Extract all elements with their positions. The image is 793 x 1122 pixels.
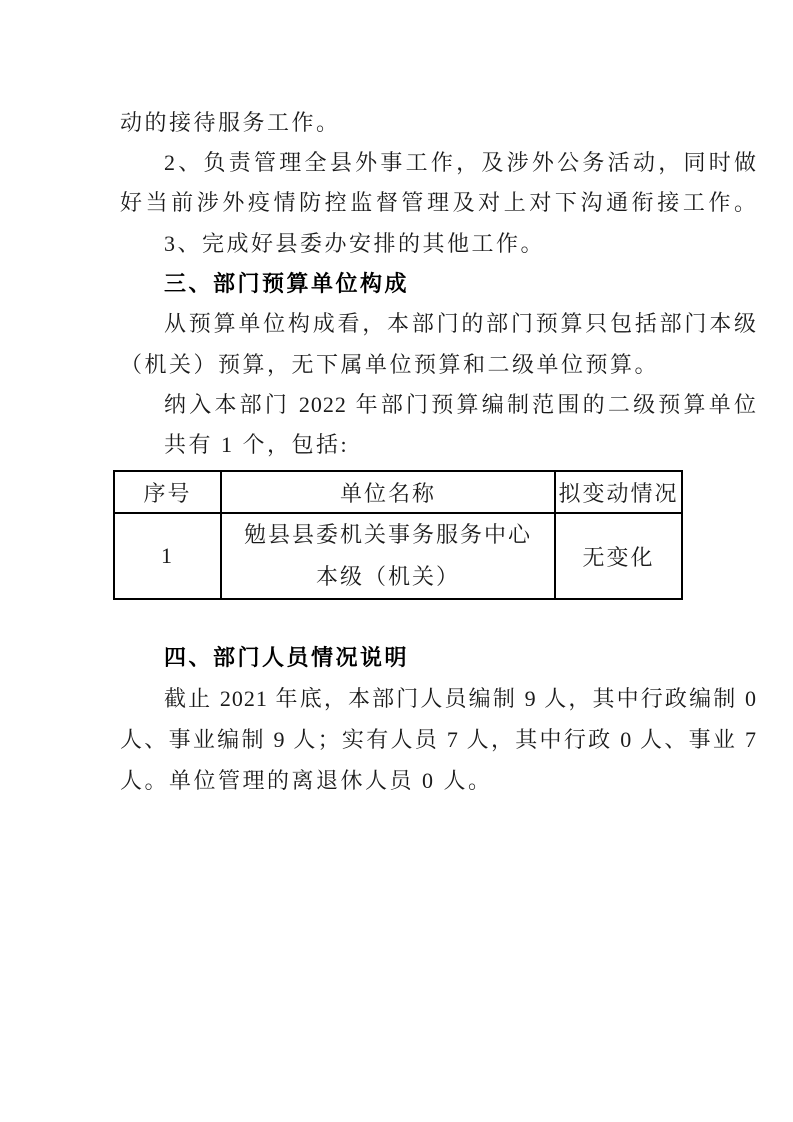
section4-p1-line3: 人。单位管理的离退休人员 0 人。	[120, 766, 493, 796]
table-header-seq: 序号	[114, 471, 221, 513]
table-row: 1 勉县县委机关事务服务中心 本级（机关） 无变化	[114, 513, 682, 599]
unit-name-line1: 勉县县委机关事务服务中心	[222, 514, 554, 556]
section4-p1-line1: 截止 2021 年底，本部门人员编制 9 人，其中行政编制 0	[120, 684, 757, 714]
table-header-change: 拟变动情况	[555, 471, 682, 513]
table-cell-change: 无变化	[555, 513, 682, 599]
body-line-intro-tail: 动的接待服务工作。	[120, 108, 341, 138]
section3-p1-line2: （机关）预算，无下属单位预算和二级单位预算。	[120, 350, 659, 380]
body-line-duty3: 3、完成好县委办安排的其他工作。	[164, 229, 545, 259]
body-line-duty2-2: 好当前涉外疫情防控监督管理及对上对下沟通衔接工作。	[120, 188, 757, 218]
table-cell-unit-name: 勉县县委机关事务服务中心 本级（机关）	[221, 513, 555, 599]
table-header-unit-name: 单位名称	[221, 471, 555, 513]
table-header-row: 序号 单位名称 拟变动情况	[114, 471, 682, 513]
unit-name-line2: 本级（机关）	[222, 556, 554, 598]
budget-units-table: 序号 单位名称 拟变动情况 1 勉县县委机关事务服务中心 本级（机关） 无变化	[113, 470, 683, 600]
section4-p1-line2: 人、事业编制 9 人；实有人员 7 人，其中行政 0 人、事业 7	[120, 725, 757, 755]
section3-p1-line1: 从预算单位构成看，本部门的部门预算只包括部门本级	[120, 309, 757, 339]
section3-p2-line1: 纳入本部门 2022 年部门预算编制范围的二级预算单位	[120, 390, 757, 420]
section3-heading: 三、部门预算单位构成	[164, 269, 409, 299]
section4-heading: 四、部门人员情况说明	[164, 643, 409, 673]
body-line-duty2-1: 2、负责管理全县外事工作，及涉外公务活动，同时做	[120, 148, 757, 178]
section3-p2-line2: 共有 1 个，包括:	[164, 430, 349, 460]
table-cell-seq: 1	[114, 513, 221, 599]
document-page: 动的接待服务工作。 2、负责管理全县外事工作，及涉外公务活动，同时做 好当前涉外…	[0, 0, 793, 1122]
